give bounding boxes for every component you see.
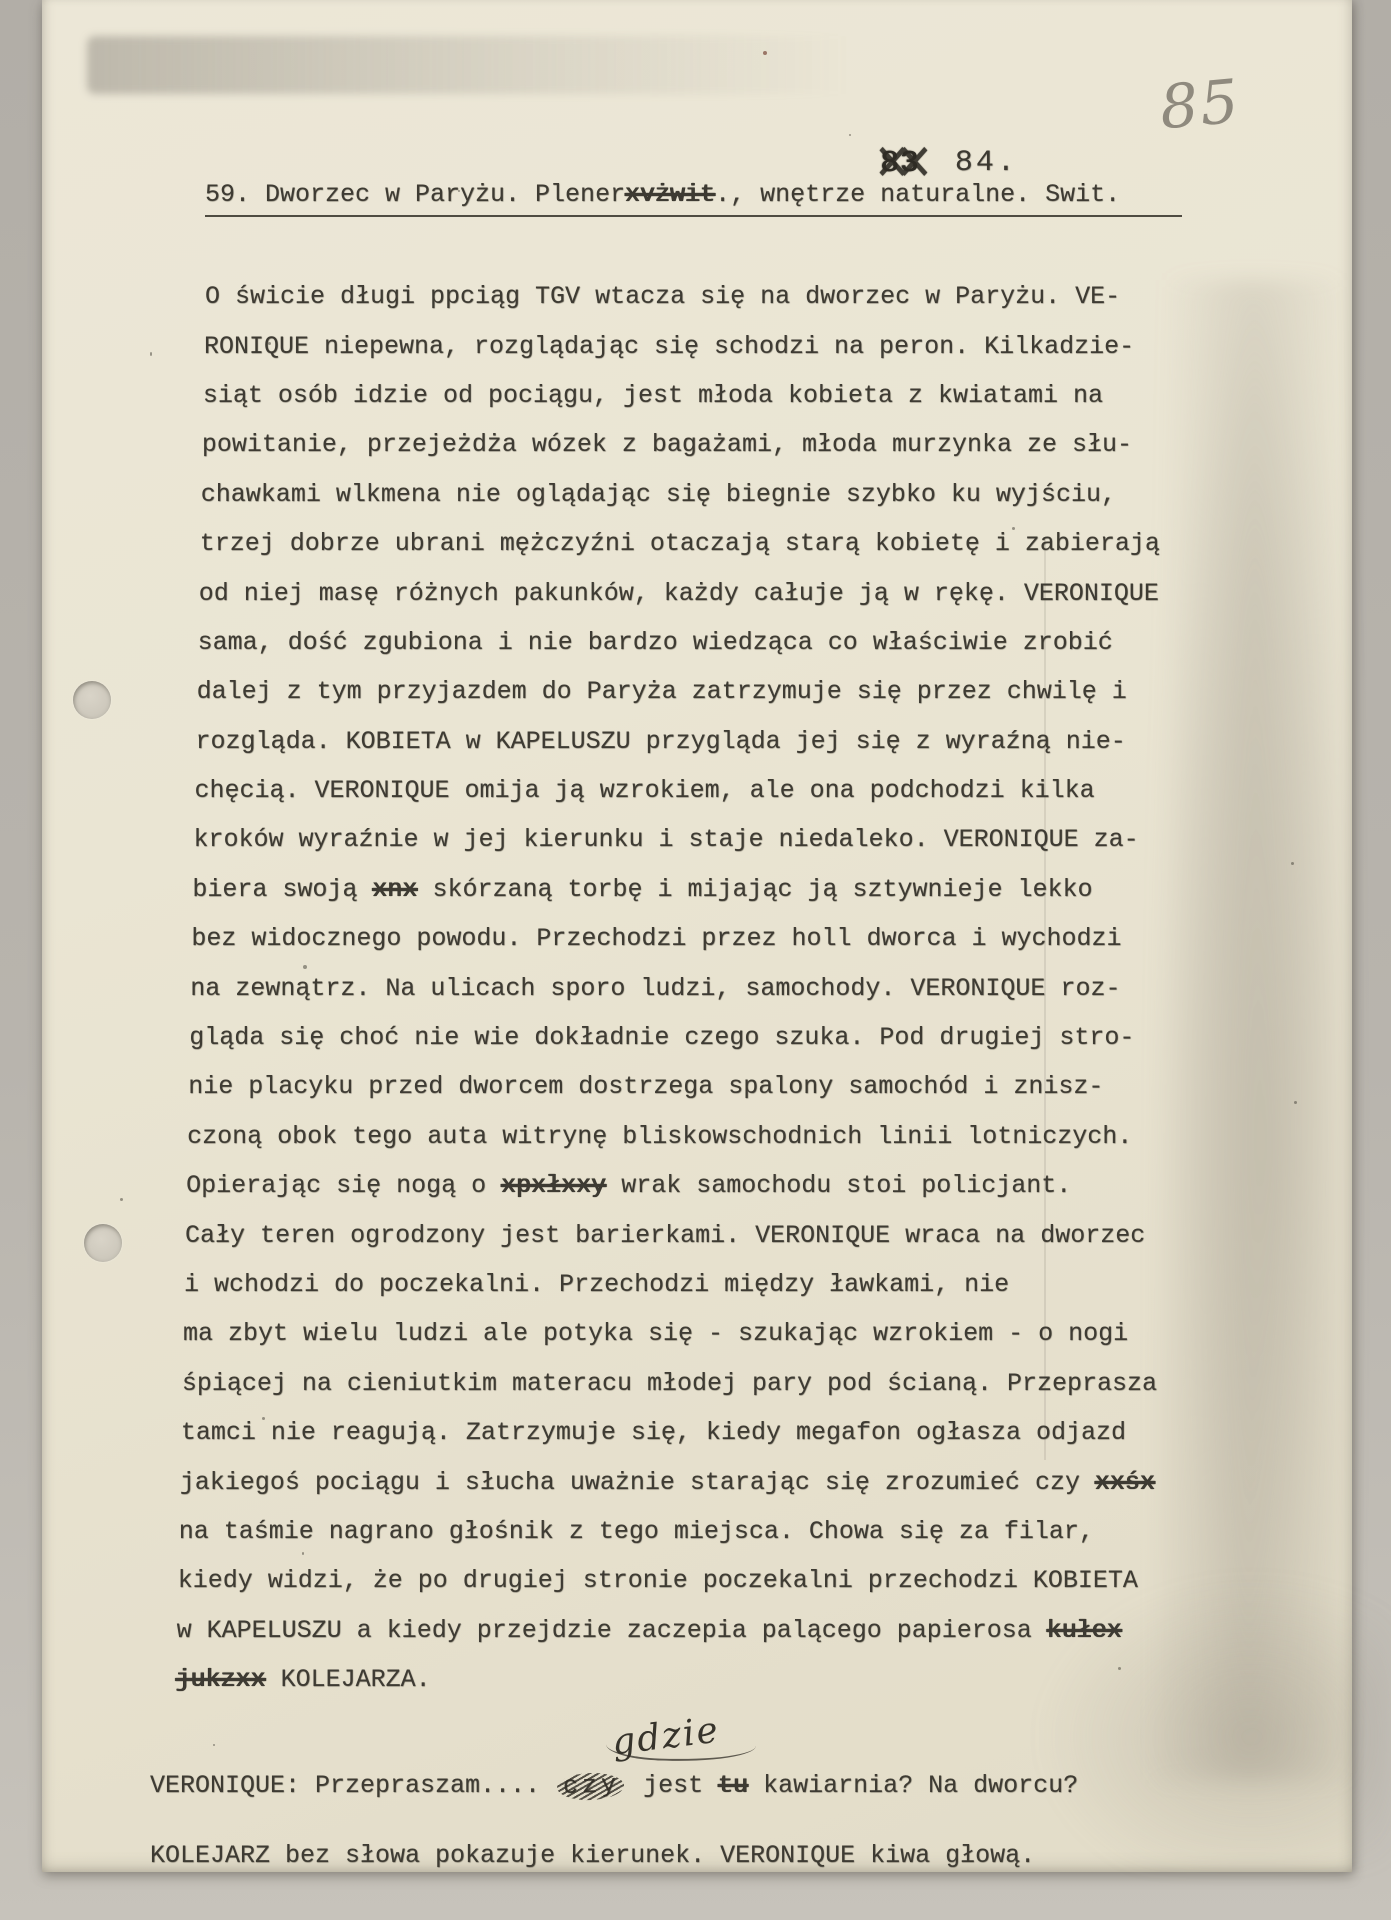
script-line: Opierając się nogą o xpxłxxy wrak samoch… [186,1161,1161,1210]
text-segment: w KAPELUSZU a kiedy przejdzie zaczepia p… [177,1616,1047,1645]
dialogue-line: VERONIQUE: Przepraszam.... czy jest tu k… [150,1750,1078,1820]
paper-speck [763,51,767,55]
text-segment: na taśmie nagrano głośnik z tego miejsca… [179,1517,1094,1546]
text-segment: KOLEJARZA. [266,1665,431,1694]
dialogue-line: KOLEJARZ bez słowa pokazuje kierunek. VE… [150,1820,1078,1890]
text-segment: kawiarnia? Na dworcu? [748,1771,1078,1800]
script-line: śpiącej na cieniutkim materacu młodej pa… [182,1359,1157,1408]
text-segment: chawkami wlkmena nie oglądając się biegn… [201,480,1116,509]
text-segment: 59. Dworzec w Paryżu. Plener [205,180,625,209]
text-segment: ., wnętrze naturalne. Swit. [715,180,1120,209]
text-segment: skórzaną torbę i mijając ją sztywnieje l… [417,875,1092,904]
struck-text: xnx [372,875,417,904]
struck-text: xxśx [1095,1468,1155,1497]
script-line: O świcie długi ppciąg TGV wtacza się na … [205,272,1180,321]
struck-text: tu [718,1771,748,1800]
script-line: RONIQUE niepewna, rozglądając się schodz… [204,321,1179,370]
punch-hole [73,681,111,719]
script-line: trzej dobrze ubrani mężczyźni otaczają s… [200,519,1175,568]
text-segment: czoną obok tego auta witrynę bliskowscho… [187,1122,1132,1151]
scan-smudge-top [87,36,917,94]
text-segment: wrak samochodu stoi policjant. [606,1171,1071,1200]
paper-speck [150,352,152,356]
script-line: jakiegoś pociągu i słucha uważnie staraj… [180,1457,1155,1506]
text-segment: Opierając się nogą o [186,1171,501,1200]
text-segment: kroków wyraźnie w jej kierunku i staje n… [193,825,1138,854]
scan-smudge-right [1157,280,1352,1780]
script-line: i wchodzi do poczekalni. Przechodzi międ… [184,1260,1159,1309]
handwritten-page-number: 85 [1157,67,1243,144]
text-segment: KOLEJARZ bez słowa pokazuje kierunek. VE… [150,1841,1035,1870]
script-line: siąt osób idzie od pociągu, jest młoda k… [203,371,1178,420]
struck-text: xpxłxxy [501,1171,606,1200]
script-line: Cały teren ogrodzony jest barierkami. VE… [185,1210,1160,1259]
script-line: na taśmie nagrano głośnik z tego miejsca… [179,1507,1154,1556]
scene-description: O świcie długi ppciąg TGV wtacza się na … [205,272,1180,1704]
struck-text: xvżwit [625,180,715,209]
text-segment: biera swoją [192,875,372,904]
script-line: na zewnątrz. Na ulicach sporo ludzi, sam… [190,963,1165,1012]
text-segment: na zewnątrz. Na ulicach sporo ludzi, sam… [190,974,1120,1003]
script-line: bez widocznego powodu. Przechodzi przez … [191,914,1166,963]
script-line: biera swoją xnx skórzaną torbę i mijając… [192,865,1167,914]
text-segment: ma zbyt wielu ludzi ale potyka się - szu… [183,1319,1128,1348]
script-line: gląda się choć nie wie dokładnie czego s… [189,1013,1164,1062]
text-segment: śpiącej na cieniutkim materacu młodej pa… [182,1369,1157,1398]
text-segment: VERONIQUE: Przepraszam.... [150,1771,555,1800]
text-segment: jest [628,1771,718,1800]
crossed-page-number: 83 ✕✕ [880,146,919,181]
punch-hole [84,1224,122,1262]
paper-speck [120,1198,123,1201]
text-segment: od niej masę różnych pakunków, każdy cał… [199,579,1159,608]
text-segment: dalej z tym przyjazdem do Paryża zatrzym… [197,677,1127,706]
script-line: chawkami wlkmena nie oglądając się biegn… [201,470,1176,519]
scanner-background: 83 ✕✕ 84. 85 59. Dworzec w Paryżu. Plene… [0,0,1391,1920]
script-line: kroków wyraźnie w jej kierunku i staje n… [193,815,1168,864]
text-segment: tamci nie reagują. Zatrzymuje się, kiedy… [181,1418,1126,1447]
paper-speck [1291,862,1294,865]
script-line: chęcią. VERONIQUE omija ją wzrokiem, ale… [195,766,1170,815]
struck-text: jukzxx [176,1665,266,1694]
scene-heading: 59. Dworzec w Paryżu. Plenerxvżwit., wnę… [205,180,1182,217]
text-segment: siąt osób idzie od pociągu, jest młoda k… [203,381,1103,410]
script-line: dalej z tym przyjazdem do Paryża zatrzym… [197,667,1172,716]
text-segment: powitanie, przejeżdża wózek z bagażami, … [202,430,1132,459]
text-segment: bez widocznego powodu. Przechodzi przez … [191,924,1121,953]
script-line: sama, dość zgubiona i nie bardzo wiedząc… [198,618,1173,667]
text-segment: RONIQUE niepewna, rozglądając się schodz… [204,332,1134,361]
script-line: powitanie, przejeżdża wózek z bagażami, … [202,420,1177,469]
paper-speck [213,1744,215,1746]
text-segment: kiedy widzi, że po drugiej stronie pocze… [178,1566,1138,1595]
struck-text: kułex [1047,1616,1122,1645]
text-segment: jakiegoś pociągu i słucha uważnie staraj… [180,1468,1095,1497]
text-segment: nie placyku przed dworcem dostrzega spal… [188,1072,1103,1101]
text-segment: trzej dobrze ubrani mężczyźni otaczają s… [200,529,1160,558]
pen-struck-text: czy [563,1770,621,1801]
script-line: tamci nie reagują. Zatrzymuje się, kiedy… [181,1408,1156,1457]
paper-speck [849,134,851,136]
text-segment: Cały teren ogrodzony jest barierkami. VE… [185,1221,1145,1250]
text-segment: chęcią. VERONIQUE omija ją wzrokiem, ale… [195,776,1095,805]
text-segment: i wchodzi do poczekalni. Przechodzi międ… [184,1270,1009,1299]
script-line: w KAPELUSZU a kiedy przejdzie zaczepia p… [177,1606,1152,1655]
script-line: od niej masę różnych pakunków, każdy cał… [199,568,1174,617]
text-segment: O świcie długi ppciąg TGV wtacza się na … [205,282,1120,311]
text-segment: rozgląda. KOBIETA w KAPELUSZU przygląda … [196,727,1126,756]
script-line: kiedy widzi, że po drugiej stronie pocze… [178,1556,1153,1605]
script-line: rozgląda. KOBIETA w KAPELUSZU przygląda … [196,717,1171,766]
script-line: jukzxx KOLEJARZA. [176,1655,1151,1704]
script-line: ma zbyt wielu ludzi ale potyka się - szu… [183,1309,1158,1358]
script-line: czoną obok tego auta witrynę bliskowscho… [187,1112,1162,1161]
script-line: nie placyku przed dworcem dostrzega spal… [188,1062,1163,1111]
dialogue-block: VERONIQUE: Przepraszam.... czy jest tu k… [150,1750,1078,1890]
typed-page-number: 84. [955,146,1018,180]
paper-speck [1294,1101,1297,1104]
text-segment: gląda się choć nie wie dokładnie czego s… [189,1023,1134,1052]
text-segment: sama, dość zgubiona i nie bardzo wiedząc… [198,628,1113,657]
